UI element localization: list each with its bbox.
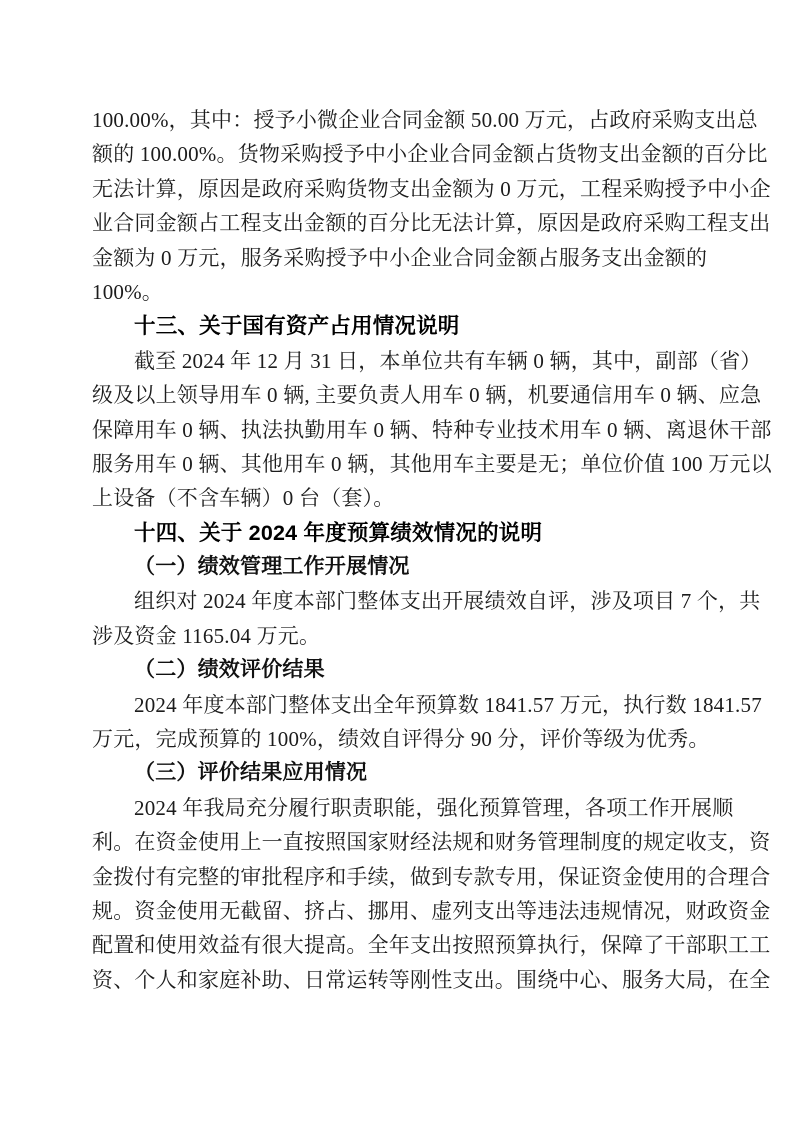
text-line: 金拨付有完整的审批程序和手续，做到专款专用，保证资金使用的合理合 (92, 860, 706, 894)
text-line: 截至 2024 年 12 月 31 日，本单位共有车辆 0 辆，其中，副部（省） (92, 344, 706, 378)
subsection-heading-2-evaluation-results: （二）绩效评价结果 (92, 653, 706, 687)
paragraph-self-evaluation: 组织对 2024 年度本部门整体支出开展绩效自评，涉及项目 7 个，共 涉及资金… (92, 584, 706, 653)
text-line: 2024 年度本部门整体支出全年预算数 1841.57 万元，执行数 1841.… (92, 688, 706, 722)
text-line: 无法计算，原因是政府采购货物支出金额为 0 万元，工程采购授予中小企 (92, 172, 706, 206)
paragraph-state-assets: 截至 2024 年 12 月 31 日，本单位共有车辆 0 辆，其中，副部（省）… (92, 344, 706, 516)
text-line: 保障用车 0 辆、执法执勤用车 0 辆、特种专业技术用车 0 辆、离退休干部 (92, 413, 706, 447)
text-line: 组织对 2024 年度本部门整体支出开展绩效自评，涉及项目 7 个，共 (92, 584, 706, 618)
document-page: 100.00%，其中：授予小微企业合同金额 50.00 万元，占政府采购支出总 … (0, 0, 793, 1122)
text-line: 涉及资金 1165.04 万元。 (92, 619, 706, 653)
text-line: 额的 100.00%。货物采购授予中小企业合同金额占货物支出金额的百分比 (92, 137, 706, 171)
text-line: 级及以上领导用车 0 辆, 主要负责人用车 0 辆，机要通信用车 0 辆、应急 (92, 378, 706, 412)
text-line: 2024 年我局充分履行职责职能，强化预算管理，各项工作开展顺 (92, 791, 706, 825)
text-line: 业合同金额占工程支出金额的百分比无法计算，原因是政府采购工程支出 (92, 206, 706, 240)
document-content: 100.00%，其中：授予小微企业合同金额 50.00 万元，占政府采购支出总 … (92, 103, 706, 997)
section-heading-14-budget-performance: 十四、关于 2024 年度预算绩效情况的说明 (92, 516, 706, 550)
text-line: 服务用车 0 辆、其他用车 0 辆，其他用车主要是无；单位价值 100 万元以 (92, 447, 706, 481)
section-heading-13-state-assets: 十三、关于国有资产占用情况说明 (92, 309, 706, 343)
text-line: 规。资金使用无截留、挤占、挪用、虚列支出等违法违规情况，财政资金 (92, 894, 706, 928)
subsection-heading-3-results-application: （三）评价结果应用情况 (92, 756, 706, 790)
text-line: 利。在资金使用上一直按照国家财经法规和财务管理制度的规定收支，资 (92, 825, 706, 859)
text-line: 配置和使用效益有很大提高。全年支出按照预算执行，保障了干部职工工 (92, 928, 706, 962)
text-line: 资、个人和家庭补助、日常运转等刚性支出。围绕中心、服务大局，在全 (92, 963, 706, 997)
text-line: 100.00%，其中：授予小微企业合同金额 50.00 万元，占政府采购支出总 (92, 103, 706, 137)
paragraph-evaluation-results: 2024 年度本部门整体支出全年预算数 1841.57 万元，执行数 1841.… (92, 688, 706, 757)
paragraph-results-application: 2024 年我局充分履行职责职能，强化预算管理，各项工作开展顺 利。在资金使用上… (92, 791, 706, 997)
text-line: 100%。 (92, 275, 706, 309)
text-line: 万元，完成预算的 100%，绩效自评得分 90 分，评价等级为优秀。 (92, 722, 706, 756)
text-line: 金额为 0 万元，服务采购授予中小企业合同金额占服务支出金额的 (92, 241, 706, 275)
paragraph-procurement-continuation: 100.00%，其中：授予小微企业合同金额 50.00 万元，占政府采购支出总 … (92, 103, 706, 309)
text-line: 上设备（不含车辆）0 台（套）。 (92, 481, 706, 515)
subsection-heading-1-performance-management: （一）绩效管理工作开展情况 (92, 550, 706, 584)
